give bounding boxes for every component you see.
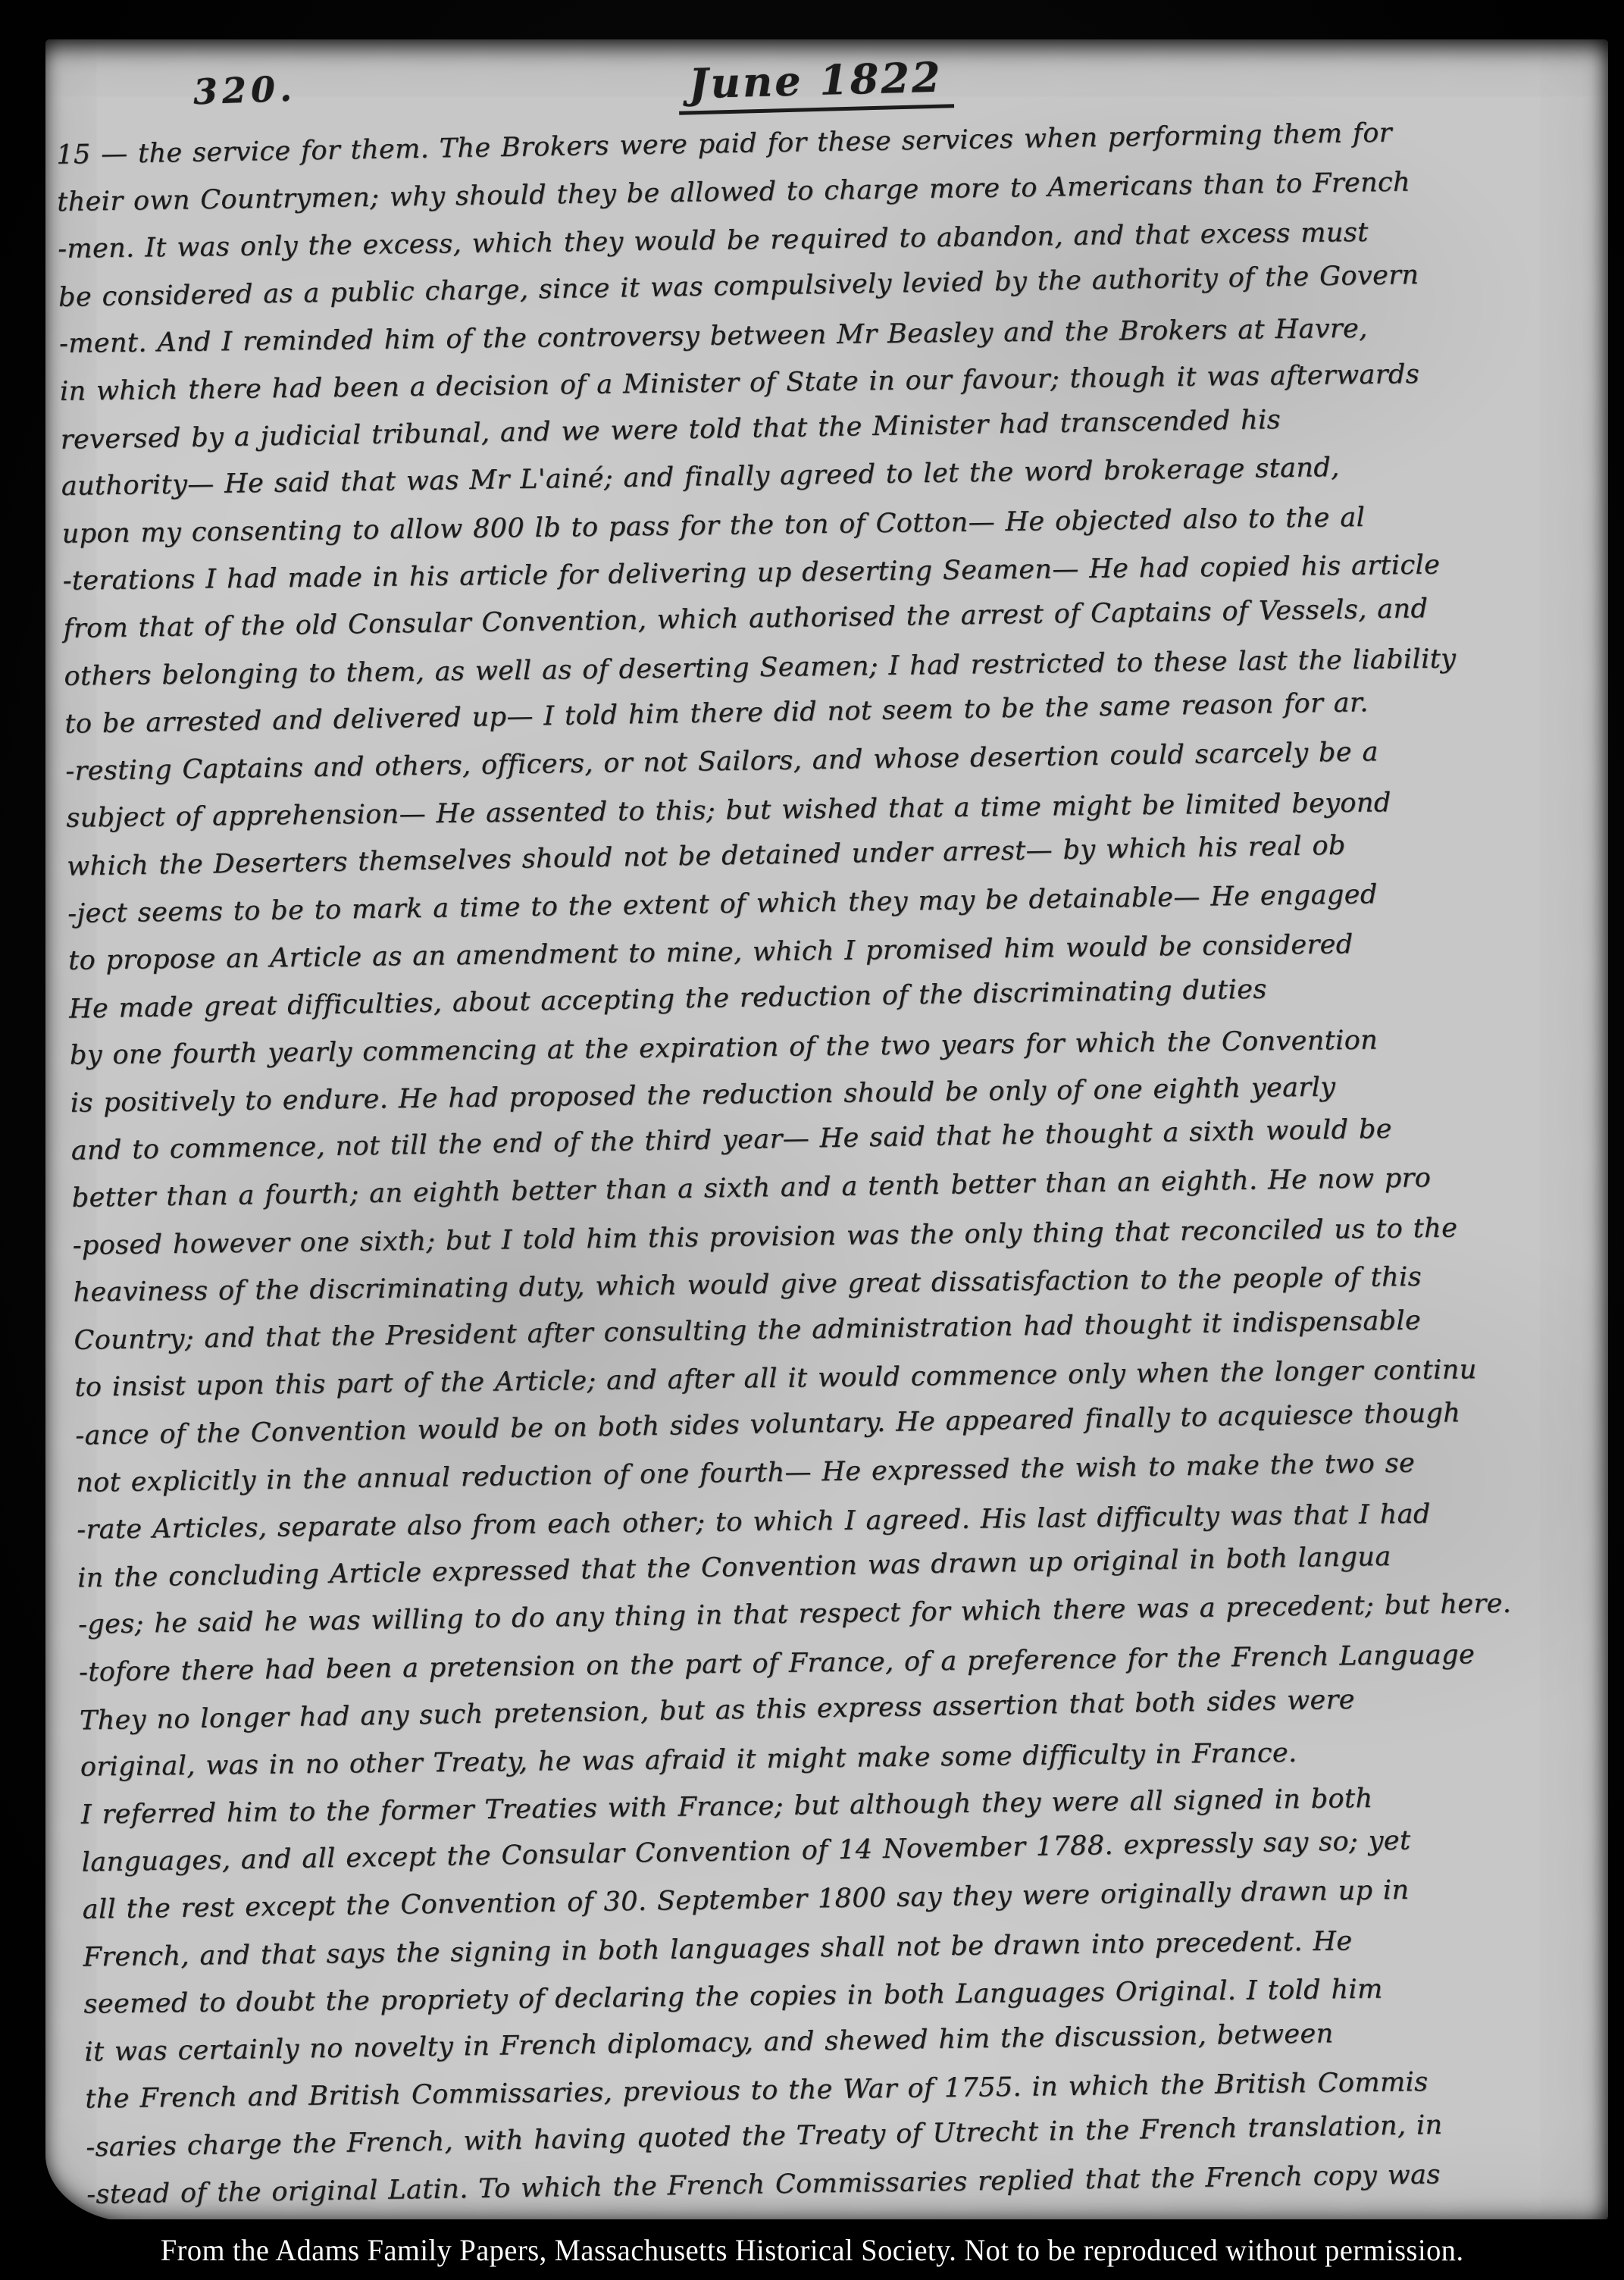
page-number: 320. (192, 68, 297, 113)
scanned-manuscript-photo: 320. June 1822 15 — the service for them… (0, 0, 1624, 2280)
page-title: June 1822 (677, 52, 953, 114)
manuscript-text: 15 — the service for them. The Brokers w… (56, 117, 1622, 2227)
credit-bar: From the Adams Family Papers, Massachuse… (0, 2219, 1624, 2280)
credit-text: From the Adams Family Papers, Massachuse… (161, 2232, 1464, 2268)
manuscript-page: 320. June 1822 15 — the service for them… (45, 39, 1608, 2222)
